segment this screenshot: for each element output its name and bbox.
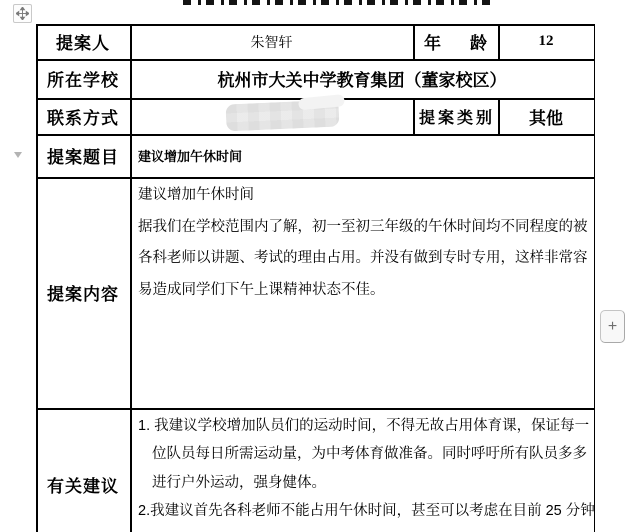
table-move-handle[interactable] bbox=[13, 4, 32, 23]
content-text: 建议增加午休时间据我们在学校范围内了解，初一至初三年级的午休时间均不同程度的被各… bbox=[138, 180, 588, 306]
age-value: 12 bbox=[498, 24, 594, 59]
content-line: 各科老师以讲题、考试的理由占用。并没有做到专时专用，这样非常容 bbox=[138, 243, 588, 275]
redacted-contact-info bbox=[225, 100, 339, 132]
suggestions-label: 有关建议 bbox=[36, 469, 130, 499]
suggestion-line: 进行户外运动，强身健体。 bbox=[138, 469, 588, 497]
topic-title: 建议增加午休时间 bbox=[138, 134, 588, 177]
content-line: 易造成同学们下午上课精神状态不佳。 bbox=[138, 275, 588, 307]
proposal-table: 提案人 朱智轩 年龄 12 所在学校 杭州市大关中学教育集团（董家校区） 联系方… bbox=[36, 24, 595, 532]
school-label: 所在学校 bbox=[36, 59, 130, 98]
category-value: 其他 bbox=[498, 98, 594, 134]
proposer-label: 提案人 bbox=[36, 24, 130, 59]
content-label: 提案内容 bbox=[36, 177, 130, 408]
outline-collapse-marker[interactable] bbox=[14, 152, 22, 158]
column-divider bbox=[130, 24, 132, 532]
school-name: 杭州市大关中学教育集团（董家校区） bbox=[130, 59, 594, 98]
suggestion-line: 位队员每日所需运动量，为中考体育做准备。同时呼吁所有队员多多 bbox=[138, 440, 588, 468]
clipped-title-remnant bbox=[183, 0, 490, 5]
row-divider bbox=[36, 408, 595, 410]
content-line: 据我们在学校范围内了解，初一至初三年级的午休时间均不同程度的被 bbox=[138, 212, 588, 244]
suggestions-text: 1. 我建议学校增加队员们的运动时间，不得无故占用体育课，保证每一位队员每日所需… bbox=[138, 412, 588, 526]
suggestion-line: 1. 我建议学校增加队员们的运动时间，不得无故占用体育课，保证每一 bbox=[138, 412, 588, 440]
topic-label: 提案题目 bbox=[36, 134, 130, 177]
category-label: 提案类别 bbox=[413, 98, 498, 134]
plus-icon: + bbox=[608, 318, 617, 336]
move-icon bbox=[16, 7, 29, 20]
age-label: 年龄 bbox=[413, 24, 498, 59]
suggestion-line: 2.我建议首先各科老师不能占用午休时间，甚至可以考虑在目前 25 分钟 bbox=[138, 497, 588, 525]
insert-row-button[interactable]: + bbox=[600, 310, 625, 343]
content-line: 建议增加午休时间 bbox=[138, 180, 588, 212]
contact-label: 联系方式 bbox=[36, 98, 130, 134]
proposer-name: 朱智轩 bbox=[130, 24, 413, 59]
